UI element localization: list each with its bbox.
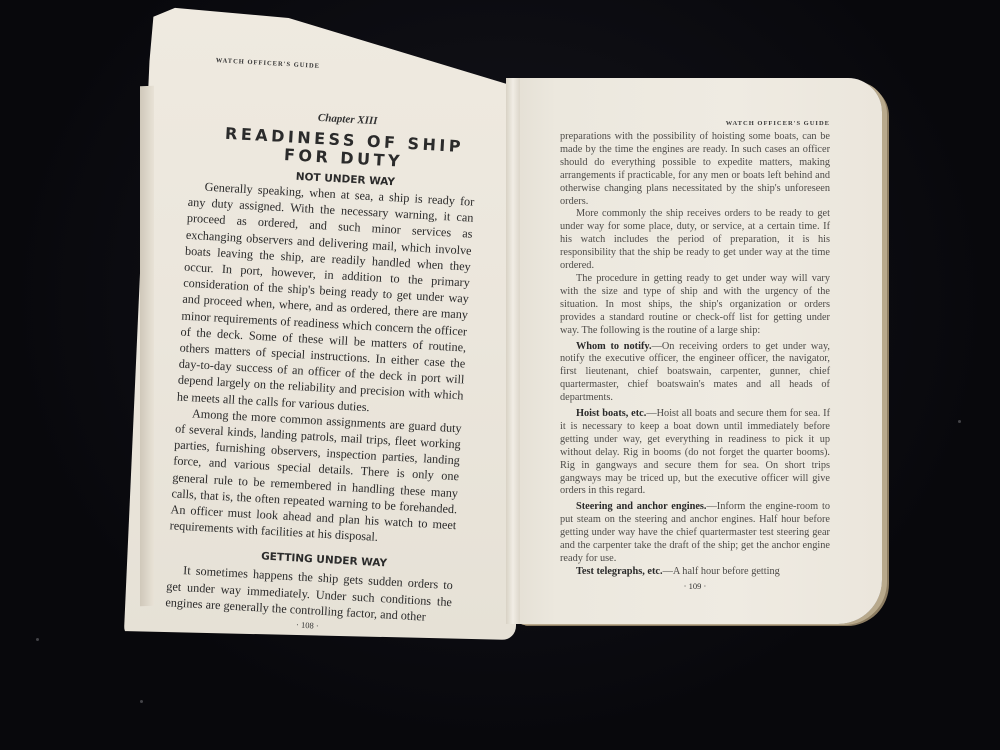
run-in-heading: Whom to notify. — [576, 341, 652, 352]
dust-speck — [958, 420, 961, 423]
body-paragraph: More commonly the ship receives orders t… — [560, 208, 830, 273]
running-head: WATCH OFFICER'S GUIDE — [560, 120, 830, 127]
item-text: —A half hour before getting — [663, 566, 780, 577]
body-paragraph: Generally speaking, when at sea, a ship … — [177, 178, 475, 420]
list-item: Steering and anchor engines.—Inform the … — [560, 501, 830, 566]
list-item: Hoist boats, etc.—Hoist all boats and se… — [560, 408, 830, 498]
dust-speck — [140, 700, 143, 703]
page-number: · 109 · — [560, 581, 830, 591]
book-gutter — [506, 78, 520, 624]
run-in-heading: Hoist boats, etc. — [576, 408, 646, 419]
list-item: Test telegraphs, etc.—A half hour before… — [560, 566, 830, 579]
chapter-title: READINESS OF SHIP FOR DUTY — [210, 124, 478, 175]
run-in-heading: Test telegraphs, etc. — [576, 566, 663, 577]
right-page-content: WATCH OFFICER'S GUIDE preparations with … — [560, 120, 830, 591]
run-in-heading: Steering and anchor engines. — [576, 501, 707, 512]
left-page-content: WATCH OFFICER'S GUIDE Chapter XIII READI… — [164, 56, 481, 638]
body-paragraph: Among the more common assignments are gu… — [169, 404, 462, 549]
left-page-edge — [140, 86, 154, 606]
body-paragraph: preparations with the possibility of hoi… — [560, 131, 830, 208]
dust-speck — [36, 638, 39, 641]
body-paragraph: The procedure in getting ready to get un… — [560, 273, 830, 338]
list-item: Whom to notify.—On receiving orders to g… — [560, 341, 830, 406]
item-text: —Hoist all boats and secure them for sea… — [560, 408, 830, 496]
